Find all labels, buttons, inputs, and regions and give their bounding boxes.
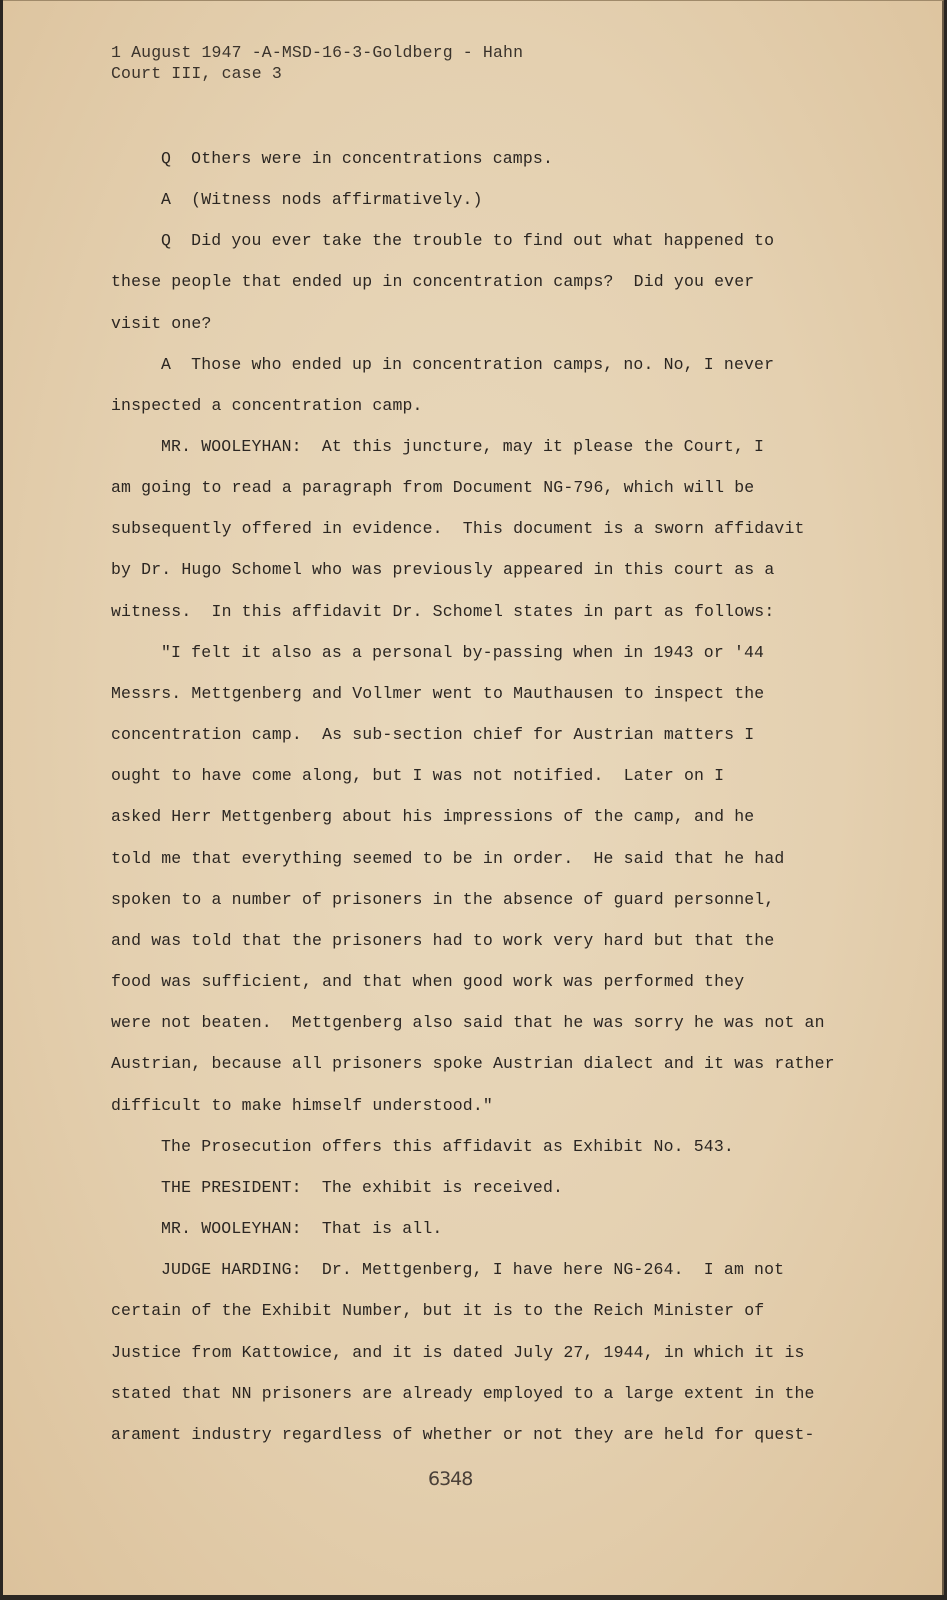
transcript-line: am going to read a paragraph from Docume… <box>111 478 754 498</box>
quoted-affidavit-line: Austrian, because all prisoners spoke Au… <box>111 1054 835 1074</box>
quoted-affidavit-line: "I felt it also as a personal by-passing… <box>161 643 764 663</box>
transcript-line: witness. In this affidavit Dr. Schomel s… <box>111 602 774 622</box>
transcript-line: MR. WOOLEYHAN: That is all. <box>161 1219 442 1239</box>
transcript-line: inspected a concentration camp. <box>111 396 423 416</box>
transcript-line: THE PRESIDENT: The exhibit is received. <box>161 1178 563 1198</box>
quoted-affidavit-line: spoken to a number of prisoners in the a… <box>111 890 774 910</box>
page-number: 6348 <box>428 1468 472 1490</box>
quoted-affidavit-line: ought to have come along, but I was not … <box>111 766 724 786</box>
transcript-line: stated that NN prisoners are already emp… <box>111 1384 815 1404</box>
quoted-affidavit-line: Messrs. Mettgenberg and Vollmer went to … <box>111 684 764 704</box>
header-date-reference: 1 August 1947 -A-MSD-16-3-Goldberg - Hah… <box>111 43 523 63</box>
quoted-affidavit-line: difficult to make himself understood." <box>111 1096 493 1116</box>
transcript-line: these people that ended up in concentrat… <box>111 272 754 292</box>
transcript-line: The Prosecution offers this affidavit as… <box>161 1137 734 1157</box>
transcript-line: certain of the Exhibit Number, but it is… <box>111 1301 764 1321</box>
transcript-line: Justice from Kattowice, and it is dated … <box>111 1343 805 1363</box>
quoted-affidavit-line: and was told that the prisoners had to w… <box>111 931 774 951</box>
header-court-case: Court III, case 3 <box>111 64 282 84</box>
quoted-affidavit-line: concentration camp. As sub-section chief… <box>111 725 754 745</box>
quoted-affidavit-line: told me that everything seemed to be in … <box>111 849 784 869</box>
quoted-affidavit-line: food was sufficient, and that when good … <box>111 972 744 992</box>
quoted-affidavit-line: asked Herr Mettgenberg about his impress… <box>111 807 754 827</box>
document-page: 1 August 1947 -A-MSD-16-3-Goldberg - Hah… <box>3 0 944 1595</box>
transcript-line: subsequently offered in evidence. This d… <box>111 519 805 539</box>
transcript-line: arament industry regardless of whether o… <box>111 1425 815 1445</box>
transcript-line: visit one? <box>111 314 212 334</box>
transcript-line: A (Witness nods affirmatively.) <box>161 190 483 210</box>
transcript-line: by Dr. Hugo Schomel who was previously a… <box>111 560 774 580</box>
quoted-affidavit-line: were not beaten. Mettgenberg also said t… <box>111 1013 825 1033</box>
transcript-line: Q Did you ever take the trouble to find … <box>161 231 774 251</box>
transcript-line: MR. WOOLEYHAN: At this juncture, may it … <box>161 437 764 457</box>
transcript-line: A Those who ended up in concentration ca… <box>161 355 774 375</box>
transcript-line: Q Others were in concentrations camps. <box>161 149 553 169</box>
transcript-line: JUDGE HARDING: Dr. Mettgenberg, I have h… <box>161 1260 784 1280</box>
